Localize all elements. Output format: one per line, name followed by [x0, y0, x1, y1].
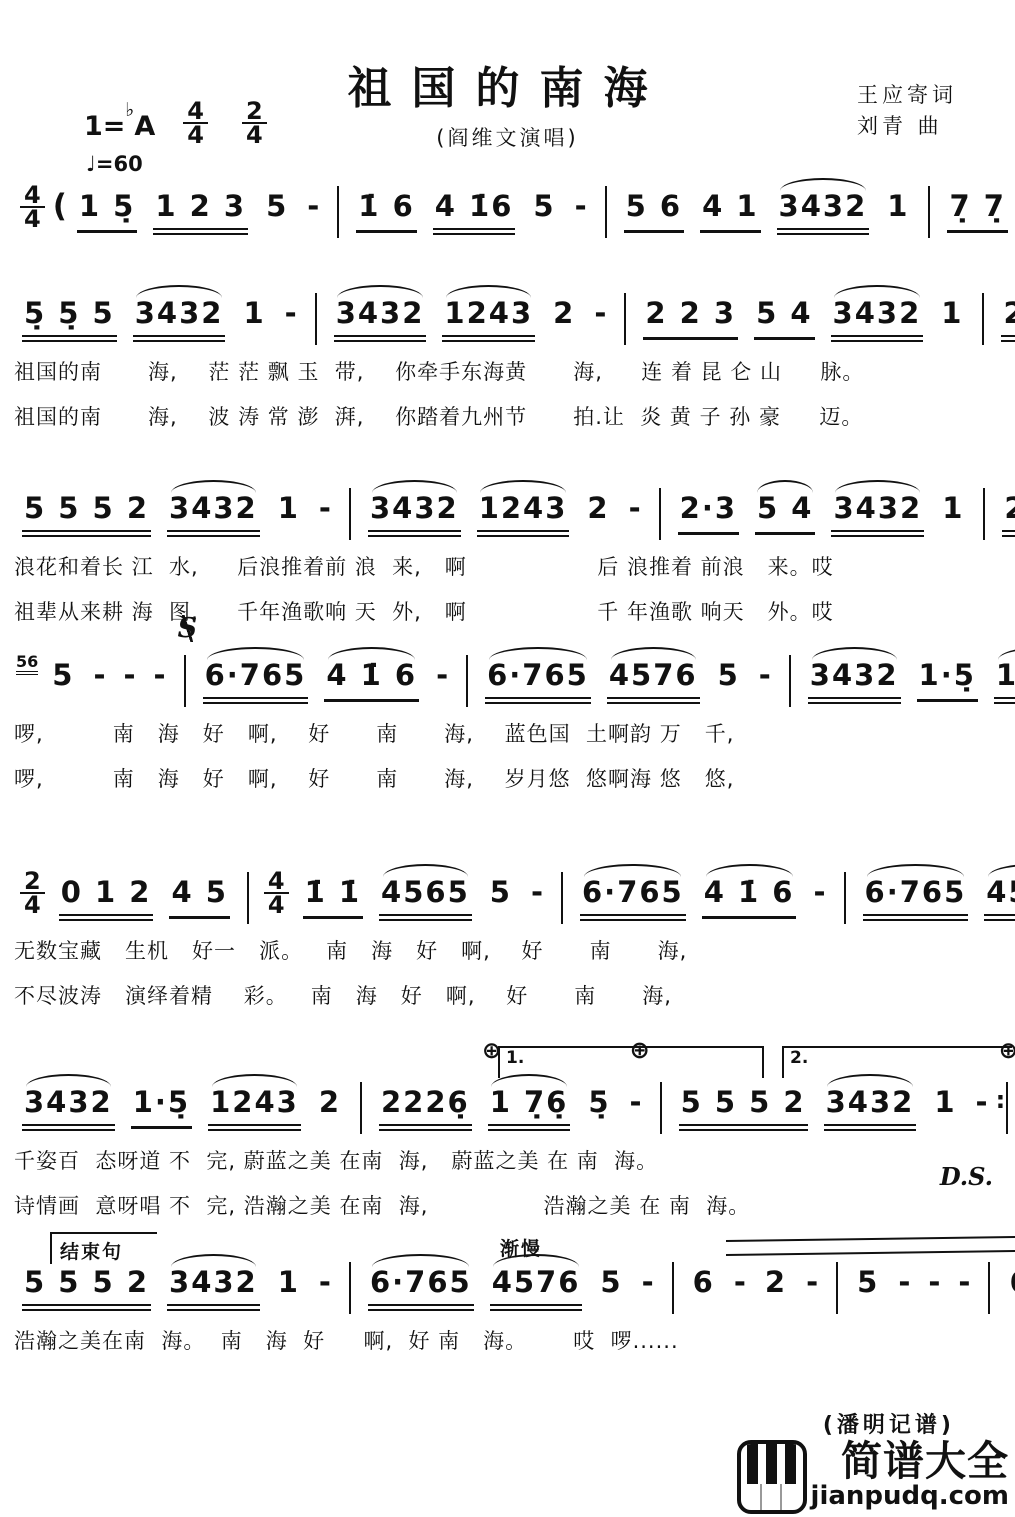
note-group: 2·3 [678, 488, 739, 535]
slur-arc [372, 1254, 469, 1267]
note-group: 5̣ 5̣ 5 [22, 293, 117, 342]
barline [466, 655, 468, 707]
volta-bracket: 2.⊕ [782, 1046, 1012, 1078]
note-group: 1 [276, 1262, 302, 1306]
duration-dash: - [976, 1082, 988, 1122]
time-signature-1: 4 4 [183, 100, 208, 146]
note-group: 4 1 [700, 186, 760, 233]
slur-arc [812, 647, 897, 660]
volta-label: 2. [790, 1048, 808, 1068]
note-group: 1 [939, 293, 965, 337]
barline [561, 872, 563, 924]
note-group: 1 [276, 488, 302, 532]
note-group: 4576 [490, 1262, 583, 1311]
lyrics-line: 啰, 南 海 好 啊, 好 南 海, 蓝色国 土啊韵 万 千, [14, 717, 1007, 752]
duration-dash: - [629, 488, 641, 528]
time-signature: 24 [20, 870, 45, 916]
note-group: 3432 [167, 488, 260, 537]
coda-icon: ⊕ [482, 1038, 501, 1064]
duration-dash: - [928, 1262, 940, 1302]
grace-notes: 56 [16, 653, 38, 675]
duration-dash: - [759, 655, 771, 695]
note-group: 6 [1007, 1262, 1015, 1306]
note-group: 6·765 [368, 1262, 474, 1311]
note-group: 5̣ [586, 1082, 612, 1126]
slur-arc [212, 1074, 297, 1087]
slur-arc [988, 864, 1015, 877]
barline [789, 655, 791, 707]
duration-dash: - [124, 655, 136, 695]
notation-row: 5 5 5 234321-343212432-2·35 4343212· 2 2… [14, 488, 1007, 540]
barline [315, 293, 317, 345]
site-logo: 简谱大全 jianpudq.com [737, 1440, 1009, 1514]
note-group: 4 5 [169, 872, 229, 919]
music-system: 结束句渐慢5 5 5 234321-6·76545765-6-2-5---656… [14, 1232, 1007, 1359]
note-group: 1̇ 6 [356, 186, 416, 233]
note-group: 1 [940, 488, 966, 532]
note-group: 1̇ 1̇ [303, 872, 363, 919]
segno-icon: S [174, 615, 202, 642]
slur-arc [171, 480, 256, 493]
note-group: 5 4 [754, 293, 814, 340]
slur-arc [480, 480, 565, 493]
notation-row: 5̣ 5̣ 534321-343212432-2 2 35 4343212· 2… [14, 293, 1007, 345]
slur-arc [867, 864, 964, 877]
barline [659, 488, 661, 540]
note-group: 2· 2 2 6̣ [1002, 488, 1015, 537]
duration-dash: - [436, 655, 448, 695]
slur-arc [446, 285, 531, 298]
slur-arc [757, 480, 813, 493]
music-system: 240 1 24 5441̇ 1̇45655-6·7654 1̇ 6-6·765… [14, 872, 1007, 1014]
notation-row: 240 1 24 5441̇ 1̇45655-6·7654 1̇ 6-6·765… [14, 872, 1007, 924]
duration-dash: - [285, 293, 297, 333]
note-group: 3432 [831, 488, 924, 537]
note-group: 1243 [994, 655, 1015, 704]
note-group: 3432 [831, 293, 924, 342]
composer-credit: 刘青 曲 [857, 111, 957, 142]
duration-dash: - [734, 1262, 746, 1302]
note-group: 0 1 2 [59, 872, 154, 921]
note-group: 3432 [167, 1262, 260, 1311]
notation-row: 5 5 5 234321-6·76545765-6-2-5---6565--5-… [14, 1262, 1007, 1314]
slur-arc [584, 864, 681, 877]
lyricist-credit: 王应寄词 [857, 80, 957, 111]
duration-dash: - [642, 1262, 654, 1302]
duration-dash: - [898, 1262, 910, 1302]
duration-dash: - [958, 1262, 970, 1302]
time-signature: 44 [264, 870, 289, 916]
note-group: 5 [598, 1262, 624, 1306]
music-system: 44(1 5̣1 2 35-1̇ 64 1̇65-5 64 1343217̣ 7… [14, 186, 1007, 238]
barline [672, 1262, 674, 1314]
note-group: 1 [932, 1082, 958, 1126]
barline [928, 186, 930, 238]
note-group: 5 [716, 655, 742, 699]
barline [844, 872, 846, 924]
note-group: 4576 [607, 655, 700, 704]
barline [605, 186, 607, 238]
time-signature: 44 [20, 184, 45, 230]
slur-arc [706, 864, 793, 877]
lyrics-line: 诗情画 意呀唱 不 完, 浩瀚之美 在南 海, 浩瀚之美 在 南 海。 [14, 1189, 1007, 1224]
music-system: 5 5 5 234321-343212432-2·35 4343212· 2 2… [14, 488, 1007, 630]
note-group: 2 [585, 488, 611, 532]
note-group: 1 2 3 [153, 186, 248, 235]
note-group: 1·5̣ [131, 1082, 192, 1129]
note-group: 5 [855, 1262, 881, 1306]
note-group: 5 [531, 186, 557, 230]
slur-arc [780, 178, 865, 191]
note-group: 3432 [824, 1082, 917, 1131]
site-logo-title: 简谱大全 [841, 1440, 1009, 1482]
note-group: 2 [317, 1082, 343, 1126]
credits: 王应寄词 刘青 曲 [857, 80, 957, 142]
note-group: 5 [264, 186, 290, 230]
note-group: 1 [885, 186, 911, 230]
lyrics-line: 不尽波涛 演绎着精 彩。 南 海 好 啊, 好 南 海, [14, 979, 1007, 1014]
site-logo-url: jianpudq.com [811, 1482, 1009, 1510]
coda-icon: ⊕ [630, 1038, 650, 1062]
lyrics-line: 千姿百 态呀道 不 完, 蔚蓝之美 在南 海, 蔚蓝之美 在 南 海。 [14, 1144, 1007, 1179]
notation-symbol: ( [53, 186, 67, 226]
note-group: 1243 [442, 293, 535, 342]
note-group: 1 5̣ [77, 186, 137, 233]
duration-dash: - [594, 293, 606, 333]
barline [988, 1262, 990, 1314]
slur-arc [834, 285, 919, 298]
sheet-music-page: 祖国的南海 (阎维文演唱) 王应寄词 刘青 曲 1=♭A 4 4 2 4 ♩=6… [0, 0, 1015, 1517]
duration-dash: - [806, 1262, 818, 1302]
transcriber-credit: (潘明记谱) [823, 1408, 955, 1439]
note-group: 5 5 5 2 [22, 1262, 151, 1311]
note-group: 2 2 3 [643, 293, 738, 340]
duration-dash: - [575, 186, 587, 226]
duration-dash: - [319, 1262, 331, 1302]
slur-arc [136, 285, 221, 298]
note-group: 5 6 [624, 186, 684, 233]
note-group: 6·765 [580, 872, 686, 921]
repeat-barline: : [1006, 1082, 1015, 1134]
slur-arc [372, 480, 457, 493]
coda-icon: ⊕ [999, 1038, 1015, 1064]
note-group: 2· 2 2 6̣ [1001, 293, 1015, 342]
duration-dash: - [307, 186, 319, 226]
duration-dash: - [531, 872, 543, 912]
note-group: 3432 [334, 293, 427, 342]
note-group: 4 1̇ 6 [702, 872, 797, 919]
note-group: 5 5 5 2 [22, 488, 151, 537]
barline [982, 293, 984, 345]
note-group: 6 [691, 1262, 717, 1306]
time-signature-2: 2 4 [242, 100, 267, 146]
notation-row: 44(1 5̣1 2 35-1̇ 64 1̇65-5 64 1343217̣ 7… [14, 186, 1007, 238]
barline [349, 488, 351, 540]
music-system: 1.⊕2.⊕D.S.34321·5̣124322226̣1 7̣6̣5̣-⊕5 … [14, 1046, 1007, 1224]
slur-arc [207, 647, 304, 660]
barline [836, 1262, 838, 1314]
note-group: 3432 [777, 186, 870, 235]
note-group: 7̣ 7̣ [947, 186, 1007, 233]
note-group: 6·765 [863, 872, 969, 921]
lyrics-line: 祖辈从来耕 海 图, 千年渔歌响 天 外, 啊 千 年渔歌 响天 外。哎 [14, 595, 1007, 630]
notation-row: 34321·5̣124322226̣1 7̣6̣5̣-⊕5 5 5 234321… [14, 1082, 1007, 1134]
note-group: 2 [551, 293, 577, 337]
lyrics-line: 浩瀚之美在南 海。 南 海 好 啊, 好 南 海。 哎 啰...... [14, 1324, 1007, 1359]
barline [624, 293, 626, 345]
note-group: 1 7̣6̣ [488, 1082, 571, 1131]
music-system: 5̣ 5̣ 534321-343212432-2 2 35 4343212· 2… [14, 293, 1007, 435]
lyrics-line: 啰, 南 海 好 啊, 好 南 海, 岁月悠 悠啊海 悠 悠, [14, 762, 1007, 797]
key-text: 1=♭A [84, 108, 155, 142]
slur-arc [171, 1254, 256, 1267]
duration-dash: - [813, 872, 825, 912]
slur-arc [328, 647, 415, 660]
slur-arc [611, 647, 696, 660]
barline [360, 1082, 362, 1134]
slur-arc [835, 480, 920, 493]
ritardando-lines [726, 1236, 1015, 1256]
note-group: 4565 [379, 872, 472, 921]
note-group: 1243 [477, 488, 570, 537]
key-signature: 1=♭A 4 4 2 4 [84, 102, 273, 148]
note-group: 1 [241, 293, 267, 337]
flat-icon: ♭ [125, 99, 134, 121]
lyrics-line: 无数宝藏 生机 好一 派。 南 海 好 啊, 好 南 海, [14, 934, 1007, 969]
dal-segno-marking: D.S. [940, 1162, 993, 1191]
note-group: 2 [763, 1262, 789, 1306]
note-group: 4576 [984, 872, 1015, 921]
note-group: 3432 [133, 293, 226, 342]
duration-dash: - [319, 488, 331, 528]
duration-dash: - [93, 655, 105, 695]
note-group: 2226̣ [379, 1082, 472, 1131]
note-group: 5 [50, 655, 76, 699]
note-group: 5 [488, 872, 514, 916]
slur-arc [998, 647, 1015, 660]
slur-arc [383, 864, 468, 877]
piano-keys-icon [737, 1440, 807, 1514]
note-group: 3432 [368, 488, 461, 537]
note-group: 3432 [22, 1082, 115, 1131]
note-group: 4 1̇ 6 [324, 655, 419, 702]
volta-label: 1. [506, 1048, 524, 1068]
duration-dash: - [630, 1082, 642, 1122]
note-group: 6·765 [203, 655, 309, 704]
notation-row: 565---S6·7654 1̇ 6-6·76545765-34321·5̣12… [14, 655, 1007, 707]
slur-arc [489, 647, 586, 660]
note-group: 1243 [208, 1082, 301, 1131]
lyrics-line: 祖国的南 海, 波 涛 常 澎 湃, 你踏着九州节 拍.让 炎 黄 子 孙 豪 … [14, 400, 1007, 435]
note-group: 5 4 [755, 488, 815, 535]
barline [983, 488, 985, 540]
lyrics-line: 浪花和着长 江 水, 后浪推着前 浪 来, 啊 后 浪推着 前浪 来。哎 [14, 550, 1007, 585]
slur-arc [26, 1074, 111, 1087]
slur-arc [337, 285, 422, 298]
barline [337, 186, 339, 238]
lyrics-line: 祖国的南 海, 茫 茫 飘 玉 带, 你牵手东海黄 海, 连 着 昆 仑 山 脉… [14, 355, 1007, 390]
barline [247, 872, 249, 924]
note-group: 4 1̇6 [433, 186, 516, 235]
tempo-marking: ♩=60 [86, 152, 143, 176]
note-group: 5 5 5 2 [679, 1082, 808, 1131]
barline: ⊕ [660, 1082, 662, 1134]
barline [349, 1262, 351, 1314]
note-group: 6·765 [485, 655, 591, 704]
duration-dash: - [154, 655, 166, 695]
note-group: 1·5̣ [917, 655, 978, 702]
ending-section-label: 结束句 [50, 1232, 157, 1264]
barline: S [184, 655, 186, 707]
music-system: 565---S6·7654 1̇ 6-6·76545765-34321·5̣12… [14, 655, 1007, 797]
note-group: 3432 [808, 655, 901, 704]
